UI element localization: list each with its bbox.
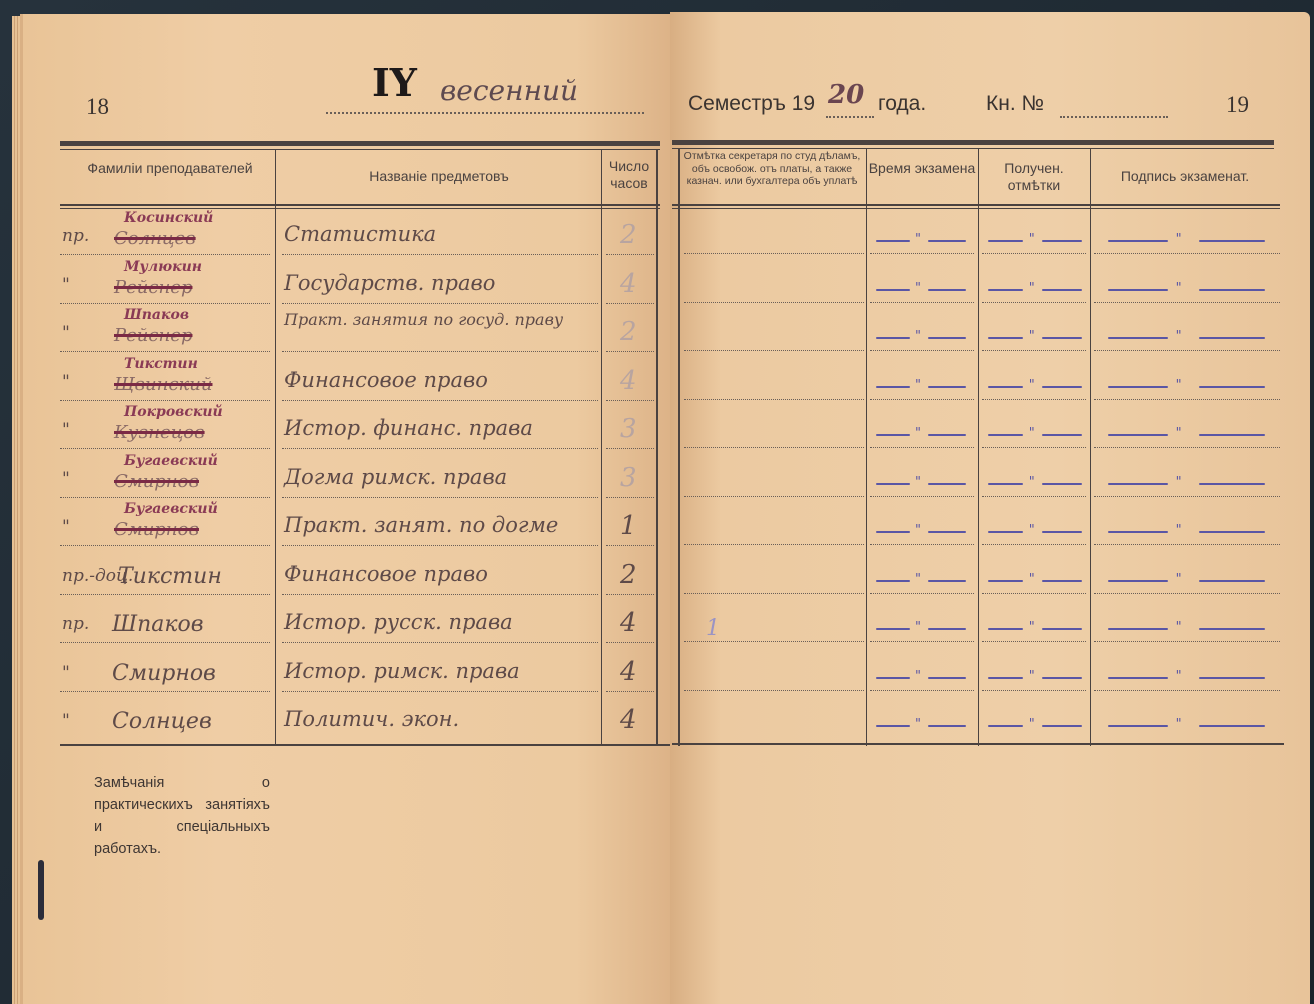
dash	[1199, 240, 1266, 242]
teacher-prefix: "	[62, 372, 70, 392]
ditto-mark: "	[1029, 475, 1035, 490]
dash	[988, 531, 1023, 533]
ditto-entry: "	[1100, 234, 1276, 248]
row-dotted-line	[606, 254, 654, 255]
col-divider-1	[275, 149, 276, 745]
row-dotted-line	[982, 641, 1086, 642]
header-bottom-rule	[60, 204, 660, 206]
teacher-name-corrected: Бугаевский	[124, 453, 218, 469]
row-dotted-line	[282, 254, 598, 255]
row-dotted-line	[1094, 350, 1280, 351]
ink-smudge	[38, 860, 44, 920]
dash	[1199, 531, 1266, 533]
dash	[988, 725, 1023, 727]
year-handwritten: 20	[828, 80, 864, 110]
row-dotted-line	[982, 350, 1086, 351]
col-divider-2	[601, 149, 602, 745]
hours-value: 4	[620, 366, 637, 396]
dash	[1108, 434, 1168, 436]
row-dotted-line	[606, 303, 654, 304]
ditto-mark: "	[1176, 475, 1182, 490]
hours-value: 2	[620, 220, 637, 250]
dash	[1042, 289, 1082, 291]
row-dotted-line	[282, 594, 598, 595]
ditto-entry: "	[872, 331, 972, 345]
ditto-entry: "	[984, 283, 1088, 297]
subject-name: Практ. занятия по госуд. праву	[284, 311, 584, 329]
ditto-mark: "	[915, 378, 921, 393]
row-dotted-line	[60, 351, 270, 352]
page-number-right: 19	[1226, 92, 1249, 118]
row-dotted-line	[1094, 302, 1280, 303]
subject-name: Практ. занят. по догме	[284, 513, 558, 537]
row-dotted-line	[282, 400, 598, 401]
ditto-entry: "	[1100, 719, 1276, 733]
right-table-top-rule-thin	[672, 148, 1274, 149]
col-divider-3	[656, 149, 658, 745]
col-header-teachers: Фамилiи преподавателей	[70, 160, 270, 177]
ditto-entry: "	[1100, 477, 1276, 491]
ditto-mark: "	[1029, 523, 1035, 538]
col-header-exam-time: Время экзамена	[868, 160, 976, 177]
dash	[928, 289, 966, 291]
row-dotted-line	[60, 303, 270, 304]
ditto-mark: "	[915, 475, 921, 490]
ditto-entry: "	[872, 428, 972, 442]
ditto-mark: "	[1176, 281, 1182, 296]
ditto-entry: "	[984, 622, 1088, 636]
teacher-prefix: "	[62, 663, 70, 683]
row-dotted-line	[684, 593, 864, 594]
row-dotted-line	[1094, 496, 1280, 497]
ditto-entry: "	[872, 525, 972, 539]
row-dotted-line	[982, 690, 1086, 691]
col-header-signature: Подпись экзаменат.	[1092, 168, 1278, 185]
ditto-mark: "	[1176, 717, 1182, 732]
dash	[876, 677, 910, 679]
subject-name: Истор. римск. права	[284, 659, 520, 683]
row-dotted-line	[60, 254, 270, 255]
dash	[1108, 337, 1168, 339]
dash	[1199, 725, 1266, 727]
right-table-top-rule	[672, 140, 1274, 145]
book-number-field	[1060, 116, 1168, 118]
teacher-name: Тикстин	[118, 564, 222, 589]
dash	[876, 289, 910, 291]
dash	[1042, 580, 1082, 582]
row-dotted-line	[1094, 690, 1280, 691]
row-dotted-line	[870, 593, 974, 594]
row-dotted-line	[684, 302, 864, 303]
teacher-prefix: "	[62, 469, 70, 489]
dash	[1108, 677, 1168, 679]
hours-value: 4	[620, 657, 637, 687]
teacher-name-struck: Щвинский	[114, 374, 212, 395]
teacher-name-struck: Солнцев	[114, 228, 196, 249]
row-dotted-line	[606, 448, 654, 449]
ditto-entry: "	[1100, 331, 1276, 345]
dash	[876, 580, 910, 582]
row-dotted-line	[684, 690, 864, 691]
teacher-name-corrected: Шпаков	[124, 307, 189, 323]
dash	[988, 289, 1023, 291]
teacher-name-corrected: Бугаевский	[124, 501, 218, 517]
hours-value: 2	[620, 317, 637, 347]
teacher-name-struck: Рейснер	[114, 325, 192, 346]
row-dotted-line	[982, 496, 1086, 497]
row-dotted-line	[684, 350, 864, 351]
row-dotted-line	[870, 302, 974, 303]
right-header-bottom-rule-thin	[672, 208, 1280, 209]
teacher-prefix: "	[62, 323, 70, 343]
table-top-rule-thin	[60, 149, 660, 150]
row-dotted-line	[606, 594, 654, 595]
dash	[928, 240, 966, 242]
book-number-label: Кн. №	[986, 92, 1044, 116]
row-dotted-line	[982, 593, 1086, 594]
col-header-grades: Получен. отмѣтки	[980, 160, 1088, 194]
ditto-mark: "	[1029, 669, 1035, 684]
year-suffix: года.	[878, 92, 926, 116]
col-header-secretary-note: Отмѣтка секретаря по студ дѣламъ, объ ос…	[680, 150, 864, 188]
teacher-name-struck: Смирнов	[114, 471, 199, 492]
table-bottom-rule	[60, 744, 670, 746]
dash	[1042, 531, 1082, 533]
teacher-name-corrected: Косинский	[124, 210, 213, 226]
dash	[1199, 386, 1266, 388]
ditto-entry: "	[1100, 428, 1276, 442]
ditto-entry: "	[984, 671, 1088, 685]
hours-value: 1	[620, 511, 637, 541]
hours-value: 2	[620, 560, 637, 590]
semester-label: Семестръ 19	[688, 92, 815, 116]
row-dotted-line	[60, 448, 270, 449]
ditto-mark: "	[1029, 232, 1035, 247]
row-dotted-line	[1094, 253, 1280, 254]
teacher-name: Смирнов	[112, 661, 216, 686]
dash	[988, 240, 1023, 242]
ditto-entry: "	[1100, 283, 1276, 297]
ditto-mark: "	[1029, 329, 1035, 344]
dash	[1108, 289, 1168, 291]
subject-name: Истор. русск. права	[284, 610, 513, 634]
subject-name: Статистика	[284, 222, 436, 246]
row-dotted-line	[60, 642, 270, 643]
dash	[1108, 725, 1168, 727]
ditto-entry: "	[984, 331, 1088, 345]
row-dotted-line	[606, 351, 654, 352]
dash	[928, 434, 966, 436]
ditto-mark: "	[1029, 378, 1035, 393]
dash	[988, 483, 1023, 485]
ditto-mark: "	[915, 620, 921, 635]
ditto-mark: "	[915, 669, 921, 684]
dash	[1042, 240, 1082, 242]
dash	[928, 580, 966, 582]
row-dotted-line	[1094, 544, 1280, 545]
row-dotted-line	[1094, 593, 1280, 594]
dash	[1199, 337, 1266, 339]
ditto-entry: "	[1100, 574, 1276, 588]
subject-name: Государств. право	[284, 271, 495, 295]
dash	[1199, 289, 1266, 291]
dash	[928, 483, 966, 485]
row-dotted-line	[1094, 447, 1280, 448]
right-table-bottom-rule	[672, 743, 1284, 745]
col-header-hours: Число часов	[602, 158, 656, 192]
dash	[1042, 628, 1082, 630]
ditto-entry: "	[984, 574, 1088, 588]
row-dotted-line	[870, 447, 974, 448]
teacher-prefix: пр.	[62, 226, 89, 246]
subject-name: Финансовое право	[284, 562, 488, 586]
row-dotted-line	[684, 544, 864, 545]
teacher-prefix: пр.	[62, 614, 89, 634]
row-dotted-line	[282, 691, 598, 692]
ditto-entry: "	[872, 234, 972, 248]
teacher-name-struck: Рейснер	[114, 277, 192, 298]
ditto-entry: "	[984, 719, 1088, 733]
ditto-mark: "	[915, 329, 921, 344]
row-dotted-line	[870, 399, 974, 400]
ditto-entry: "	[1100, 525, 1276, 539]
ditto-entry: "	[872, 671, 972, 685]
page-number-left: 18	[86, 94, 109, 120]
hours-value: 4	[620, 705, 637, 735]
dash	[928, 677, 966, 679]
right-header-bottom-rule	[672, 204, 1280, 206]
ditto-entry: "	[1100, 622, 1276, 636]
row-dotted-line	[282, 642, 598, 643]
ditto-mark: "	[915, 523, 921, 538]
teacher-name-struck: Смирнов	[114, 519, 199, 540]
ditto-entry: "	[984, 477, 1088, 491]
dash	[1042, 434, 1082, 436]
dash	[928, 725, 966, 727]
dash	[1199, 628, 1266, 630]
row-dotted-line	[60, 594, 270, 595]
subject-name: Догма римск. права	[284, 465, 507, 489]
ditto-mark: "	[1176, 426, 1182, 441]
ditto-mark: "	[915, 232, 921, 247]
remarks-label: Замѣчанiя о практическихъ занятiяхъ и сп…	[94, 772, 270, 860]
row-dotted-line	[982, 253, 1086, 254]
teacher-name: Шпаков	[112, 612, 204, 637]
ditto-mark: "	[915, 281, 921, 296]
dash	[928, 386, 966, 388]
ditto-entry: "	[984, 380, 1088, 394]
ditto-mark: "	[915, 426, 921, 441]
row-dotted-line	[684, 641, 864, 642]
right-col-divider-2	[978, 148, 979, 746]
ditto-mark: "	[1176, 669, 1182, 684]
dash	[988, 677, 1023, 679]
row-dotted-line	[60, 400, 270, 401]
ditto-mark: "	[1176, 620, 1182, 635]
row-dotted-line	[282, 497, 598, 498]
row-dotted-line	[982, 447, 1086, 448]
semester-dotted-line	[326, 112, 644, 114]
dash	[876, 628, 910, 630]
dash	[876, 483, 910, 485]
dash	[876, 531, 910, 533]
ditto-mark: "	[1029, 572, 1035, 587]
dash	[1042, 386, 1082, 388]
row-dotted-line	[684, 253, 864, 254]
semester-handwritten: весенний	[440, 74, 578, 107]
dash	[876, 434, 910, 436]
dash	[876, 386, 910, 388]
dash	[928, 628, 966, 630]
row-dotted-line	[870, 350, 974, 351]
ditto-entry: "	[1100, 380, 1276, 394]
dash	[1042, 677, 1082, 679]
row-dotted-line	[870, 641, 974, 642]
teacher-name: Солнцев	[112, 709, 212, 734]
ditto-entry: "	[984, 234, 1088, 248]
row-dotted-line	[982, 399, 1086, 400]
row-dotted-line	[870, 544, 974, 545]
dash	[1108, 531, 1168, 533]
dash	[988, 386, 1023, 388]
dash	[1042, 337, 1082, 339]
dash	[876, 725, 910, 727]
year-dotted-line	[826, 116, 874, 118]
dash	[928, 337, 966, 339]
ditto-mark: "	[915, 717, 921, 732]
row-dotted-line	[1094, 399, 1280, 400]
dash	[1108, 628, 1168, 630]
ditto-mark: "	[1176, 572, 1182, 587]
dash	[928, 531, 966, 533]
dash	[988, 337, 1023, 339]
ditto-entry: "	[872, 622, 972, 636]
teacher-name-corrected: Покровский	[124, 404, 223, 420]
ditto-entry: "	[872, 477, 972, 491]
ditto-entry: "	[872, 574, 972, 588]
ditto-entry: "	[872, 380, 972, 394]
ditto-entry: "	[984, 525, 1088, 539]
row-dotted-line	[684, 447, 864, 448]
dash	[1108, 483, 1168, 485]
dash	[1108, 240, 1168, 242]
right-col-divider-3	[1090, 148, 1091, 746]
ditto-mark: "	[1176, 329, 1182, 344]
semester-roman: IY	[372, 60, 417, 105]
row-dotted-line	[870, 253, 974, 254]
ditto-entry: "	[984, 428, 1088, 442]
row-dotted-line	[1094, 641, 1280, 642]
teacher-prefix: "	[62, 711, 70, 731]
ditto-entry: "	[872, 719, 972, 733]
row-dotted-line	[982, 302, 1086, 303]
dash	[988, 628, 1023, 630]
row-dotted-line	[282, 303, 598, 304]
row-dotted-line	[606, 691, 654, 692]
ditto-mark: "	[1029, 426, 1035, 441]
row-dotted-line	[60, 545, 270, 546]
subject-name: Финансовое право	[284, 368, 488, 392]
row-dotted-line	[684, 399, 864, 400]
row-dotted-line	[870, 690, 974, 691]
subject-name: Истор. финанс. права	[284, 416, 533, 440]
ditto-mark: "	[1029, 717, 1035, 732]
row-dotted-line	[60, 691, 270, 692]
table-top-rule	[60, 141, 660, 146]
teacher-name-corrected: Мулюкин	[124, 259, 202, 275]
ditto-mark: "	[1176, 232, 1182, 247]
right-col-divider-1	[866, 148, 867, 746]
dash	[988, 580, 1023, 582]
hours-value: 3	[620, 463, 637, 493]
dash	[1199, 677, 1266, 679]
ditto-mark: "	[1176, 523, 1182, 538]
ditto-mark: "	[1176, 378, 1182, 393]
dash	[1042, 483, 1082, 485]
ditto-entry: "	[1100, 671, 1276, 685]
dash	[876, 337, 910, 339]
teacher-prefix: "	[62, 420, 70, 440]
stray-mark: 1	[706, 616, 720, 641]
row-dotted-line	[282, 351, 598, 352]
right-col-divider-0	[678, 148, 680, 746]
teacher-name-struck: Кузнецов	[114, 422, 205, 443]
ditto-mark: "	[915, 572, 921, 587]
teacher-name-corrected: Тикстин	[124, 356, 198, 372]
row-dotted-line	[282, 545, 598, 546]
ditto-mark: "	[1029, 281, 1035, 296]
row-dotted-line	[606, 497, 654, 498]
row-dotted-line	[60, 497, 270, 498]
row-dotted-line	[282, 448, 598, 449]
row-dotted-line	[606, 545, 654, 546]
dash	[1199, 483, 1266, 485]
hours-value: 4	[620, 608, 637, 638]
dash	[1108, 580, 1168, 582]
dash	[1042, 725, 1082, 727]
header-bottom-rule-thin	[60, 208, 660, 209]
dash	[988, 434, 1023, 436]
dash	[1199, 580, 1266, 582]
teacher-prefix: "	[62, 517, 70, 537]
teacher-prefix: "	[62, 275, 70, 295]
hours-value: 3	[620, 414, 637, 444]
ditto-mark: "	[1029, 620, 1035, 635]
dash	[876, 240, 910, 242]
dash	[1199, 434, 1266, 436]
hours-value: 4	[620, 269, 637, 299]
subject-name: Политич. экон.	[284, 707, 459, 731]
row-dotted-line	[606, 400, 654, 401]
row-dotted-line	[982, 544, 1086, 545]
row-dotted-line	[684, 496, 864, 497]
dash	[1108, 386, 1168, 388]
row-dotted-line	[606, 642, 654, 643]
col-header-subjects: Названiе предметовъ	[280, 168, 598, 185]
row-dotted-line	[870, 496, 974, 497]
ditto-entry: "	[872, 283, 972, 297]
